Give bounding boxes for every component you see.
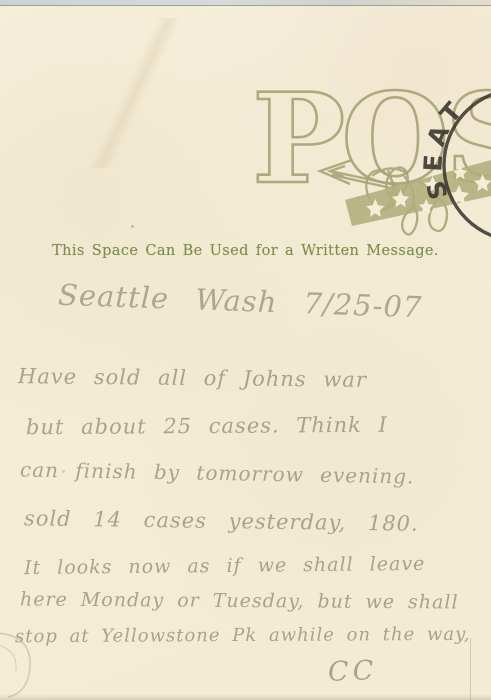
paper-speck <box>345 252 348 255</box>
pencil-doodle <box>0 615 80 700</box>
paper-speck <box>131 225 134 228</box>
paper-speck <box>62 470 65 473</box>
handwritten-dateline: Seattle Wash 7/25-07 <box>58 278 423 325</box>
photo-bottom-edge <box>0 694 491 700</box>
handwritten-line: but about 25 cases. Think I <box>26 413 388 440</box>
header-art: POS <box>0 0 491 250</box>
handwritten-line: Have sold all of Johns war <box>18 364 367 392</box>
handwritten-line: sold 14 cases yesterday, 180. <box>24 506 419 536</box>
handwritten-line: can finish by tomorrow evening. <box>20 458 415 489</box>
printed-notice: This Space Can Be Used for a Written Mes… <box>0 243 491 259</box>
postcard-photo: POS <box>0 0 491 700</box>
handwritten-line: stop at Yellowstone Pk awhile on the way… <box>15 624 471 647</box>
handwritten-signature: CC <box>327 655 377 688</box>
handwritten-line: here Monday or Tuesday, but we shall <box>20 588 459 613</box>
handwritten-line: It looks now as if we shall leave <box>24 553 426 579</box>
card-edge-line <box>470 638 471 700</box>
